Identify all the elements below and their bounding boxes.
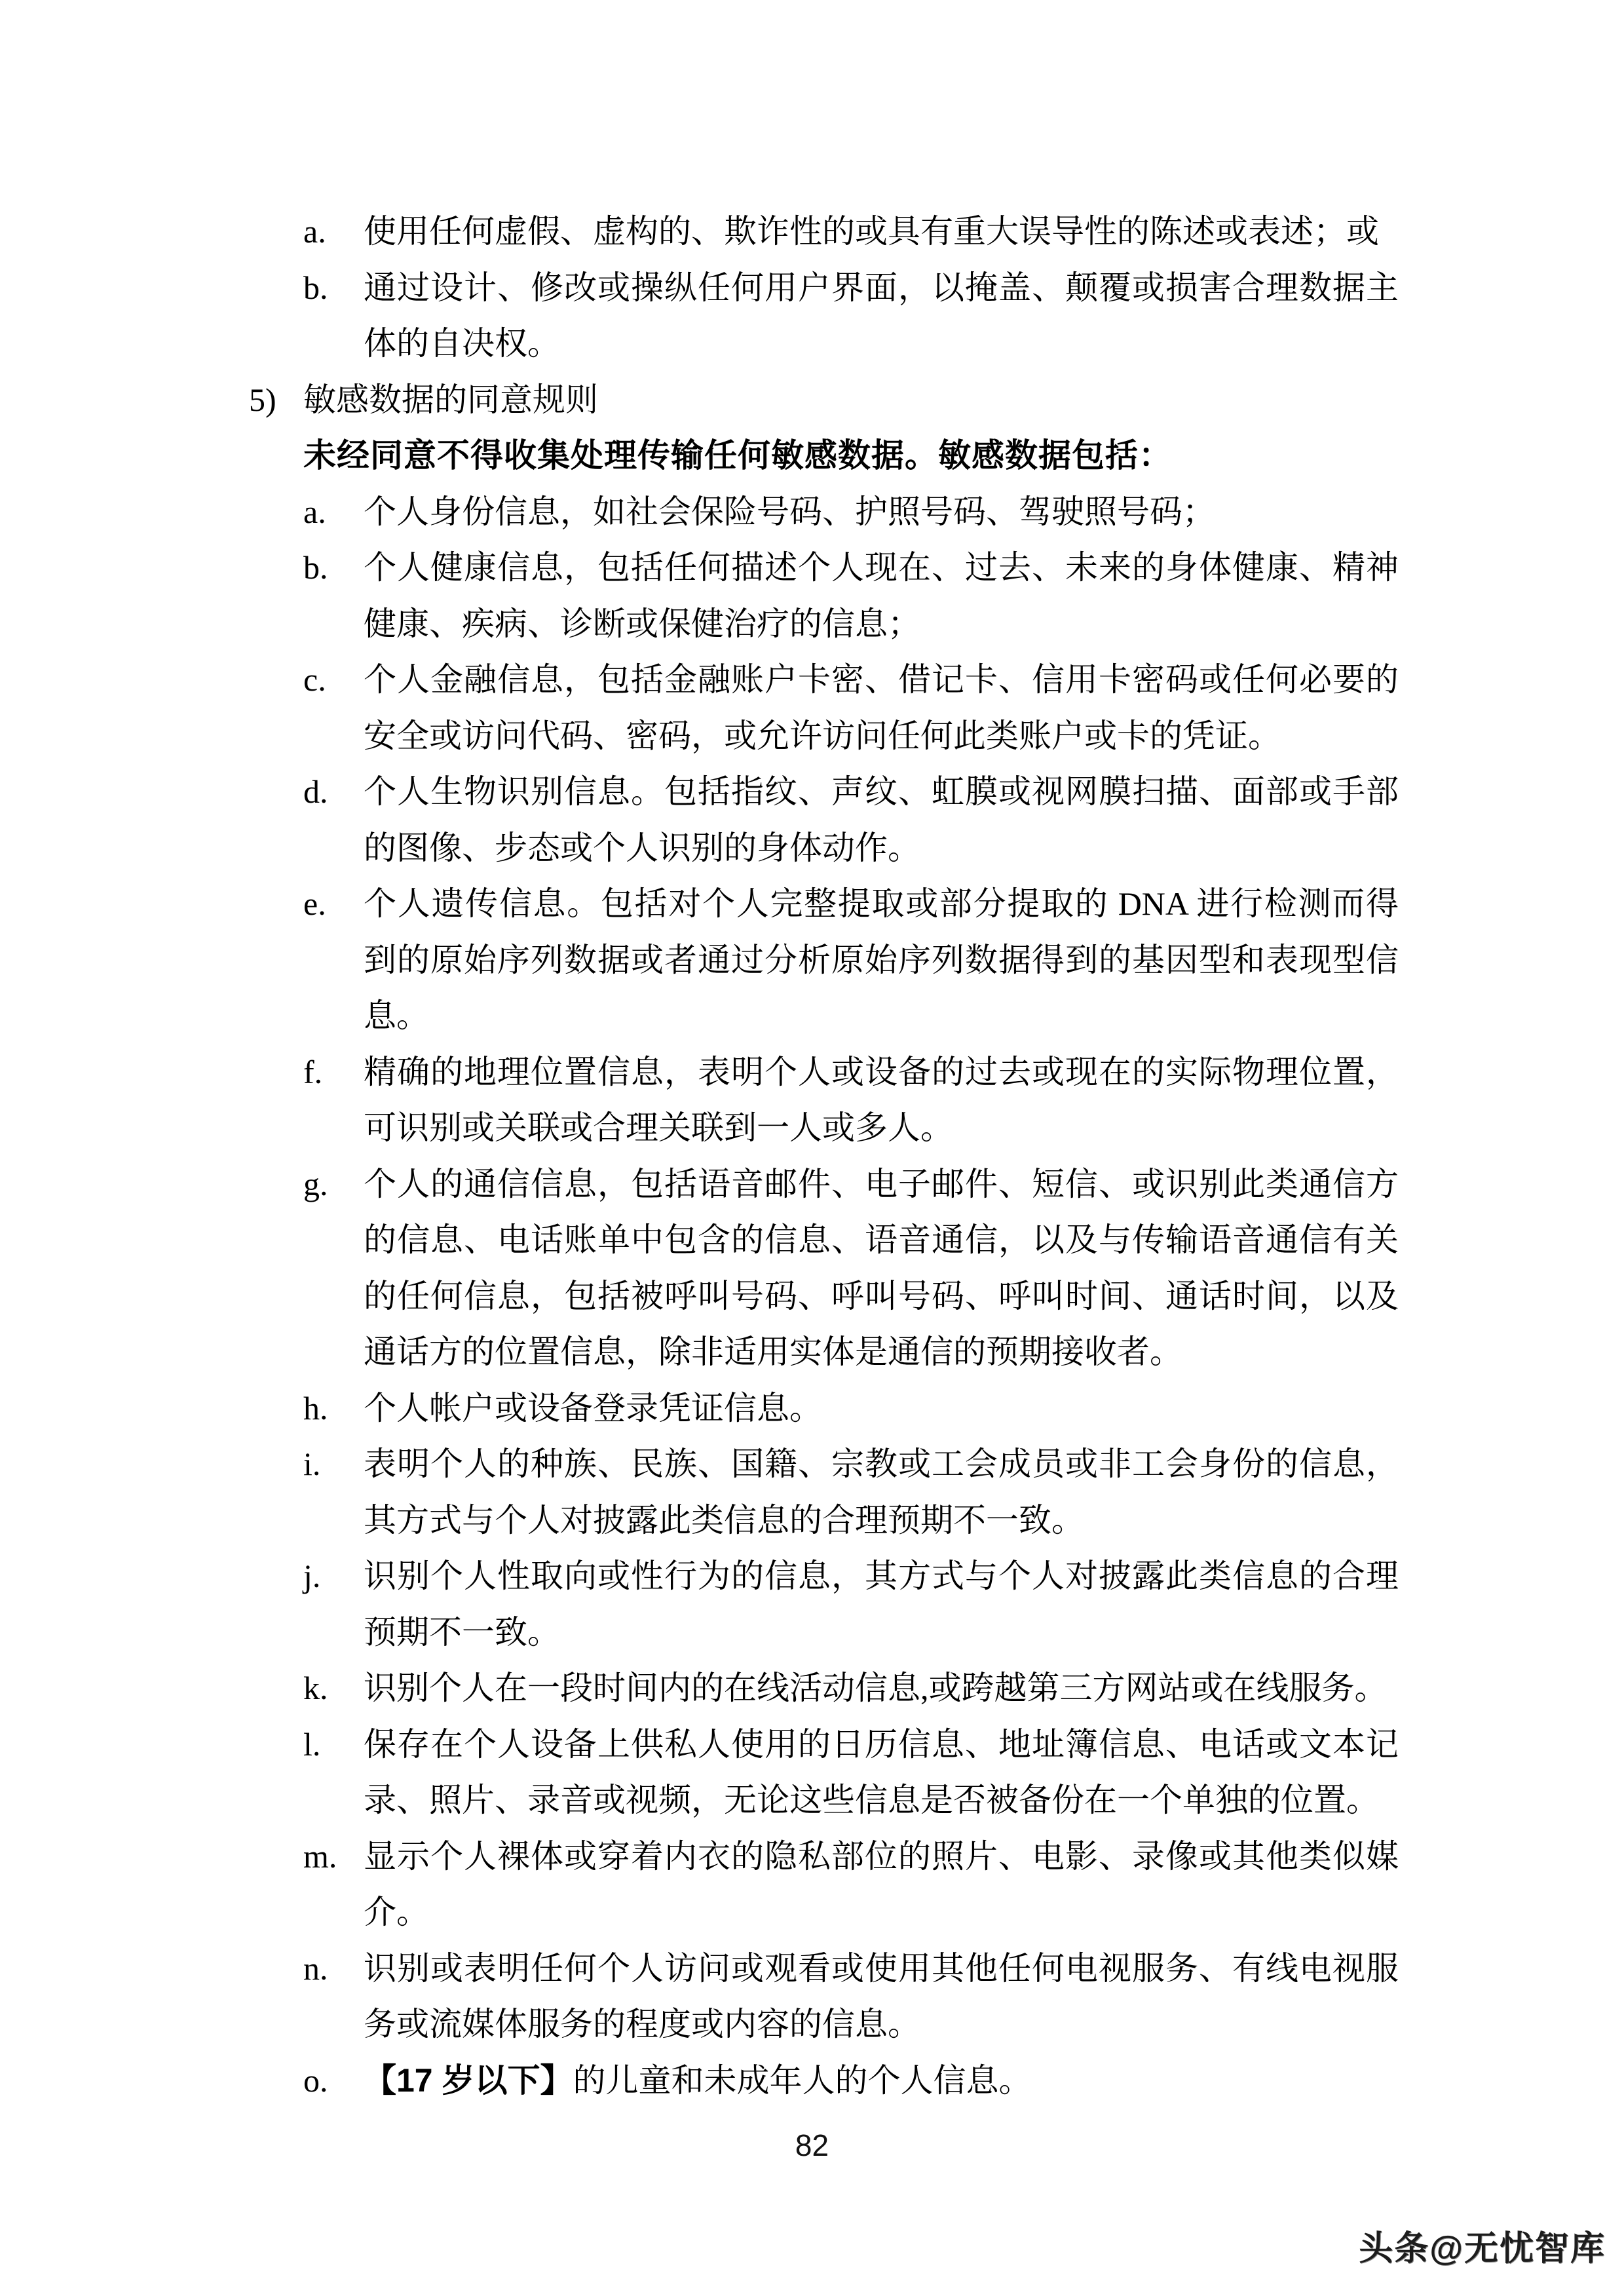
list-item-text: 个人健康信息，包括任何描述个人现在、过去、未来的身体健康、精神健康、疾病、诊断或… bbox=[364, 540, 1399, 652]
list-item: f. 精确的地理位置信息，表明个人或设备的过去或现在的实际物理位置，可识别或关联… bbox=[0, 1044, 1624, 1157]
bold-bracket-text: 【17 岁以下】 bbox=[364, 2062, 573, 2099]
list-item-text: 识别个人性取向或性行为的信息，其方式与个人对披露此类信息的合理预期不一致。 bbox=[364, 1548, 1399, 1660]
document-content: a. 使用任何虚假、虚构的、欺诈性的或具有重大误导性的陈述或表述；或 b. 通过… bbox=[0, 204, 1624, 2109]
list-item: b. 个人健康信息，包括任何描述个人现在、过去、未来的身体健康、精神健康、疾病、… bbox=[0, 540, 1624, 652]
list-item-text-body: 个人帐户或设备登录凭证信息。 bbox=[364, 1390, 822, 1426]
list-item-text-body: 个人金融信息，包括金融账户卡密、借记卡、信用卡密码或任何必要的安全或访问代码、密… bbox=[364, 661, 1399, 754]
sensitive-data-list: a. 个人身份信息，如社会保险号码、护照号码、驾驶照号码； b. 个人健康信息，… bbox=[0, 484, 1624, 2109]
list-item-text-body: 的儿童和未成年人的个人信息。 bbox=[573, 2062, 1032, 2099]
list-item-text: 【17 岁以下】的儿童和未成年人的个人信息。 bbox=[364, 2053, 1399, 2109]
list-item-marker: f. bbox=[303, 1044, 322, 1101]
list-item: h. 个人帐户或设备登录凭证信息。 bbox=[0, 1381, 1624, 1437]
list-item-text: 个人身份信息，如社会保险号码、护照号码、驾驶照号码； bbox=[364, 484, 1399, 541]
list-item-text-body: 识别或表明任何个人访问或观看或使用其他任何电视服务、有线电视服务或流媒体服务的程… bbox=[364, 1950, 1399, 2043]
list-item: d. 个人生物识别信息。包括指纹、声纹、虹膜或视网膜扫描、面部或手部的图像、步态… bbox=[0, 764, 1624, 876]
list-item-marker: b. bbox=[303, 260, 328, 316]
list-item-text-body: 精确的地理位置信息，表明个人或设备的过去或现在的实际物理位置，可识别或关联或合理… bbox=[364, 1054, 1399, 1147]
list-item-text: 显示个人裸体或穿着内衣的隐私部位的照片、电影、录像或其他类似媒介。 bbox=[364, 1829, 1399, 1941]
list-item: n. 识别或表明任何个人访问或观看或使用其他任何电视服务、有线电视服务或流媒体服… bbox=[0, 1941, 1624, 2053]
section-title: 敏感数据的同意规则 bbox=[303, 372, 1415, 429]
list-item: k. 识别个人在一段时间内的在线活动信息,或跨越第三方网站或在线服务。 bbox=[0, 1660, 1624, 1717]
section-intro-bold: 未经同意不得收集处理传输任何敏感数据。敏感数据包括： bbox=[303, 428, 1415, 484]
list-item-text-body: 通过设计、修改或操纵任何用户界面，以掩盖、颠覆或损害合理数据主体的自决权。 bbox=[364, 269, 1399, 362]
list-item-marker: h. bbox=[303, 1381, 328, 1437]
list-item-marker: a. bbox=[303, 484, 326, 541]
list-item: b. 通过设计、修改或操纵任何用户界面，以掩盖、颠覆或损害合理数据主体的自决权。 bbox=[0, 260, 1624, 372]
list-item-marker: a. bbox=[303, 204, 326, 260]
list-item-text-body: 显示个人裸体或穿着内衣的隐私部位的照片、电影、录像或其他类似媒介。 bbox=[364, 1838, 1399, 1931]
clause-list-top: a. 使用任何虚假、虚构的、欺诈性的或具有重大误导性的陈述或表述；或 b. 通过… bbox=[0, 204, 1624, 372]
list-item-marker: k. bbox=[303, 1660, 328, 1717]
list-item: a. 使用任何虚假、虚构的、欺诈性的或具有重大误导性的陈述或表述；或 bbox=[0, 204, 1624, 260]
list-item-text-body: 个人的通信信息，包括语音邮件、电子邮件、短信、或识别此类通信方的信息、电话账单中… bbox=[364, 1166, 1399, 1371]
list-item-text: 个人帐户或设备登录凭证信息。 bbox=[364, 1381, 1399, 1437]
list-item-marker: g. bbox=[303, 1157, 328, 1213]
list-item-text: 个人的通信信息，包括语音邮件、电子邮件、短信、或识别此类通信方的信息、电话账单中… bbox=[364, 1157, 1399, 1381]
list-item: g. 个人的通信信息，包括语音邮件、电子邮件、短信、或识别此类通信方的信息、电话… bbox=[0, 1157, 1624, 1381]
section-heading: 5) 敏感数据的同意规则 bbox=[0, 372, 1624, 429]
list-item-marker: i. bbox=[303, 1436, 320, 1493]
list-item-marker: m. bbox=[303, 1829, 337, 1885]
list-item: i. 表明个人的种族、民族、国籍、宗教或工会成员或非工会身份的信息，其方式与个人… bbox=[0, 1436, 1624, 1548]
list-item-text: 精确的地理位置信息，表明个人或设备的过去或现在的实际物理位置，可识别或关联或合理… bbox=[364, 1044, 1399, 1157]
document-page: a. 使用任何虚假、虚构的、欺诈性的或具有重大误导性的陈述或表述；或 b. 通过… bbox=[0, 0, 1624, 2296]
list-item-text-body: 保存在个人设备上供私人使用的日历信息、地址簿信息、电话或文本记录、照片、录音或视… bbox=[364, 1726, 1399, 1819]
list-item-text: 保存在个人设备上供私人使用的日历信息、地址簿信息、电话或文本记录、照片、录音或视… bbox=[364, 1717, 1399, 1829]
list-item-text-body: 识别个人在一段时间内的在线活动信息,或跨越第三方网站或在线服务。 bbox=[364, 1670, 1388, 1706]
list-item: e. 个人遗传信息。包括对个人完整提取或部分提取的 DNA 进行检测而得到的原始… bbox=[0, 876, 1624, 1044]
list-item-text-body: 个人健康信息，包括任何描述个人现在、过去、未来的身体健康、精神健康、疾病、诊断或… bbox=[364, 549, 1399, 642]
list-item-text: 识别个人在一段时间内的在线活动信息,或跨越第三方网站或在线服务。 bbox=[364, 1660, 1399, 1717]
list-item-marker: n. bbox=[303, 1941, 328, 1997]
list-item-text-body: 识别个人性取向或性行为的信息，其方式与个人对披露此类信息的合理预期不一致。 bbox=[364, 1558, 1399, 1651]
list-item-marker: b. bbox=[303, 540, 328, 596]
list-item: l. 保存在个人设备上供私人使用的日历信息、地址簿信息、电话或文本记录、照片、录… bbox=[0, 1717, 1624, 1829]
list-item-marker: c. bbox=[303, 652, 326, 708]
list-item-text: 个人遗传信息。包括对个人完整提取或部分提取的 DNA 进行检测而得到的原始序列数… bbox=[364, 876, 1399, 1044]
list-item: o. 【17 岁以下】的儿童和未成年人的个人信息。 bbox=[0, 2053, 1624, 2109]
list-item-text: 通过设计、修改或操纵任何用户界面，以掩盖、颠覆或损害合理数据主体的自决权。 bbox=[364, 260, 1399, 372]
list-item: a. 个人身份信息，如社会保险号码、护照号码、驾驶照号码； bbox=[0, 484, 1624, 541]
list-item-text: 个人金融信息，包括金融账户卡密、借记卡、信用卡密码或任何必要的安全或访问代码、密… bbox=[364, 652, 1399, 764]
list-item-marker: l. bbox=[303, 1717, 320, 1773]
list-item-text: 个人生物识别信息。包括指纹、声纹、虹膜或视网膜扫描、面部或手部的图像、步态或个人… bbox=[364, 764, 1399, 876]
list-item: j. 识别个人性取向或性行为的信息，其方式与个人对披露此类信息的合理预期不一致。 bbox=[0, 1548, 1624, 1660]
list-item-text-body: 个人遗传信息。包括对个人完整提取或部分提取的 DNA 进行检测而得到的原始序列数… bbox=[364, 885, 1399, 1034]
list-item-text-body: 个人生物识别信息。包括指纹、声纹、虹膜或视网膜扫描、面部或手部的图像、步态或个人… bbox=[364, 773, 1399, 866]
list-item-text-body: 使用任何虚假、虚构的、欺诈性的或具有重大误导性的陈述或表述；或 bbox=[364, 213, 1379, 250]
list-item-text: 使用任何虚假、虚构的、欺诈性的或具有重大误导性的陈述或表述；或 bbox=[364, 204, 1399, 260]
watermark: 头条@无忧智库 bbox=[1359, 2221, 1606, 2270]
list-item: m. 显示个人裸体或穿着内衣的隐私部位的照片、电影、录像或其他类似媒介。 bbox=[0, 1829, 1624, 1941]
list-item-text-body: 个人身份信息，如社会保险号码、护照号码、驾驶照号码； bbox=[364, 493, 1215, 530]
list-item: c. 个人金融信息，包括金融账户卡密、借记卡、信用卡密码或任何必要的安全或访问代… bbox=[0, 652, 1624, 764]
section-number: 5) bbox=[249, 372, 276, 429]
list-item-marker: j. bbox=[303, 1548, 320, 1605]
page-number: 82 bbox=[0, 2128, 1624, 2162]
list-item-text: 表明个人的种族、民族、国籍、宗教或工会成员或非工会身份的信息，其方式与个人对披露… bbox=[364, 1436, 1399, 1548]
list-item-text: 识别或表明任何个人访问或观看或使用其他任何电视服务、有线电视服务或流媒体服务的程… bbox=[364, 1941, 1399, 2053]
list-item-marker: d. bbox=[303, 764, 328, 820]
list-item-marker: e. bbox=[303, 876, 326, 932]
list-item-marker: o. bbox=[303, 2053, 328, 2109]
list-item-text-body: 表明个人的种族、民族、国籍、宗教或工会成员或非工会身份的信息，其方式与个人对披露… bbox=[364, 1445, 1399, 1539]
